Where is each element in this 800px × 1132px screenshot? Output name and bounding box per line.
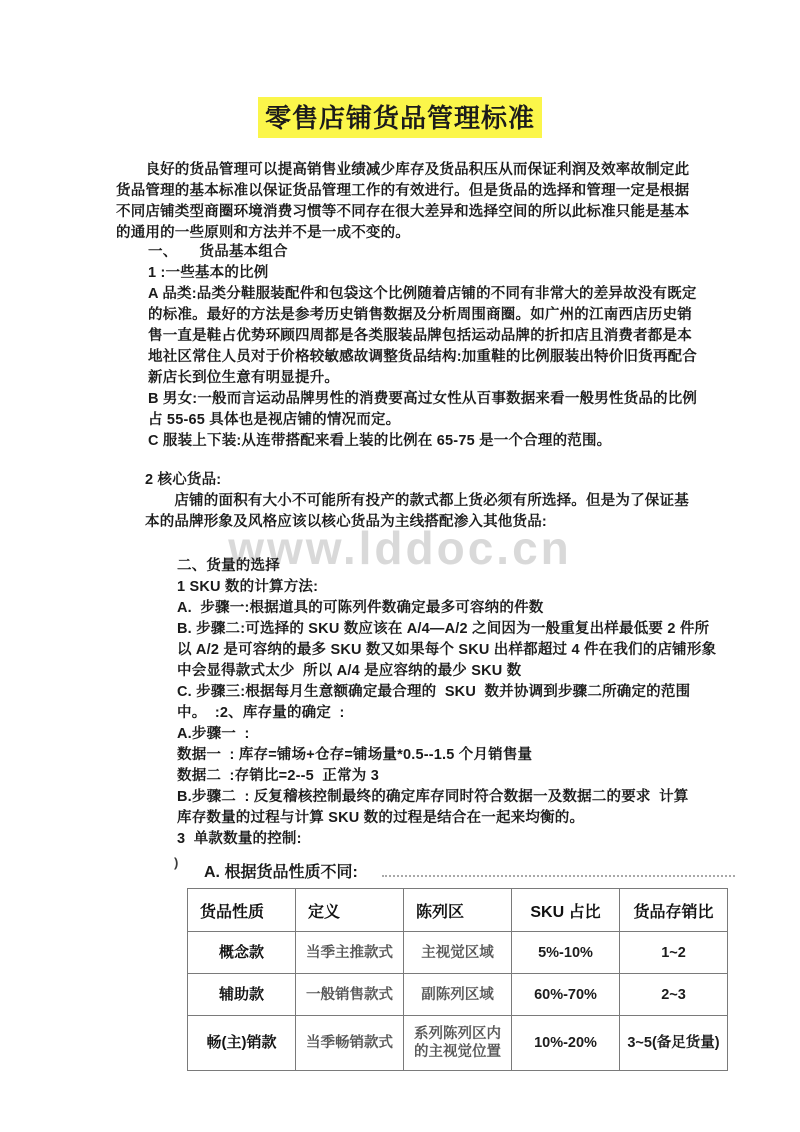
table-cell: 5%-10% <box>512 932 620 974</box>
text-line: 中会显得款式太少 所以 A/4 是应容纳的最少 SKU 数 <box>177 661 716 682</box>
table-cell: 辅助款 <box>188 974 296 1016</box>
text-line: 店铺的面积有大小不可能所有投产的款式都上货必须有所选择。但是为了保证基 <box>145 491 689 512</box>
table-cell: 3~5(备足货量) <box>620 1016 728 1071</box>
text-line: 1 SKU 数的计算方法: <box>177 577 716 598</box>
text-line: 以 A/2 是可容纳的最多 SKU 数又如果每个 SKU 出样都超过 4 件在我… <box>177 640 716 661</box>
text-line: 不同店铺类型商圈环境消费习惯等不同存在很大差异和选择空间的所以此标准只能是基本 <box>116 202 689 223</box>
table-cell: 主视觉区域 <box>404 932 512 974</box>
dotted-leader-line <box>382 861 735 877</box>
text-line: 的通用的一些原则和方法并不是一成不变的。 <box>116 223 689 244</box>
text-line: 货品管理的基本标准以保证货品管理工作的有效进行。但是货品的选择和管理一定是根据 <box>116 181 689 202</box>
table-header-cell: 陈列区 <box>404 889 512 932</box>
table-row: 畅(主)销款当季畅销款式系列陈列区内的主视觉位置10%-20%3~5(备足货量) <box>188 1016 728 1071</box>
table-cell: 畅(主)销款 <box>188 1016 296 1071</box>
text-line: 售一直是鞋占优势环顾四周都是各类服装品牌包括运动品牌的折扣店且消费者都是本 <box>148 326 697 347</box>
text-line: A.步骤一 : <box>177 724 716 745</box>
section-basic-mix: 一、 货品基本组合1 :一些基本的比例A 品类:品类分鞋服装配件和包袋这个比例随… <box>148 242 697 452</box>
table-cell: 当季畅销款式 <box>296 1016 404 1071</box>
text-line: 3 单款数量的控制: <box>177 829 716 850</box>
text-line: 的标准。最好的方法是参考历史销售数据及分析周围商圈。如广州的江南西店历史销 <box>148 305 697 326</box>
text-line: 地社区常住人员对于价格较敏感故调整货品结构:加重鞋的比例服装出特价旧货再配合 <box>148 347 697 368</box>
text-line: B.步骤二 : 反复稽核控制最终的确定库存同时符合数据一及数据二的要求 计算 <box>177 787 716 808</box>
text-line: A. 步骤一:根据道具的可陈列件数确定最多可容纳的件数 <box>177 598 716 619</box>
table-cell: 副陈列区域 <box>404 974 512 1016</box>
text-line: 一、 货品基本组合 <box>148 242 697 263</box>
table-cell: 1~2 <box>620 932 728 974</box>
table-header-cell: 定义 <box>296 889 404 932</box>
scan-artifact-mark: ) <box>174 855 178 870</box>
table-cell: 一般销售款式 <box>296 974 404 1016</box>
text-line: 良好的货品管理可以提高销售业绩减少库存及货品积压从而保证利润及效率故制定此 <box>116 160 689 181</box>
table-cell: 概念款 <box>188 932 296 974</box>
table-row: 概念款当季主推款式主视觉区域5%-10%1~2 <box>188 932 728 974</box>
table-header-cell: 货品性质 <box>188 889 296 932</box>
goods-table-body: 概念款当季主推款式主视觉区域5%-10%1~2辅助款一般销售款式副陈列区域60%… <box>188 932 728 1071</box>
goods-table-heading: A. 根据货品性质不同: <box>204 859 358 882</box>
table-header-cell: SKU 占比 <box>512 889 620 932</box>
text-line: 2 核心货品: <box>145 470 689 491</box>
text-line: A 品类:品类分鞋服装配件和包袋这个比例随着店铺的不同有非常大的差异故没有既定 <box>148 284 697 305</box>
section-quantity-selection: 二、货量的选择1 SKU 数的计算方法:A. 步骤一:根据道具的可陈列件数确定最… <box>177 556 716 850</box>
text-line: 1 :一些基本的比例 <box>148 263 697 284</box>
text-line: 数据一 : 库存=铺场+仓存=铺场量*0.5--1.5 个月销售量 <box>177 745 716 766</box>
section-core-goods: 2 核心货品: 店铺的面积有大小不可能所有投产的款式都上货必须有所选择。但是为了… <box>145 470 689 533</box>
intro-paragraph: 良好的货品管理可以提高销售业绩减少库存及货品积压从而保证利润及效率故制定此货品管… <box>116 160 689 244</box>
text-line: 本的品牌形象及风格应该以核心货品为主线搭配渗入其他货品: <box>145 512 689 533</box>
text-line: 二、货量的选择 <box>177 556 716 577</box>
text-line: 新店长到位生意有明显提升。 <box>148 368 697 389</box>
text-line: C 服装上下装:从连带搭配来看上装的比例在 65-75 是一个合理的范围。 <box>148 431 697 452</box>
document-page: 零售店铺货品管理标准 www.lddoc.cn 良好的货品管理可以提高销售业绩减… <box>0 0 800 1132</box>
table-cell: 系列陈列区内的主视觉位置 <box>404 1016 512 1071</box>
goods-table-header-row: 货品性质定义陈列区SKU 占比货品存销比 <box>188 889 728 932</box>
text-line: B 男女:一般而言运动品牌男性的消费要高过女性从百事数据来看一般男性货品的比例 <box>148 389 697 410</box>
text-line: C. 步骤三:根据每月生意额确定最合理的 SKU 数并协调到步骤二所确定的范围 <box>177 682 716 703</box>
table-row: 辅助款一般销售款式副陈列区域60%-70%2~3 <box>188 974 728 1016</box>
table-cell: 2~3 <box>620 974 728 1016</box>
table-cell: 60%-70% <box>512 974 620 1016</box>
text-line: 库存数量的过程与计算 SKU 数的过程是结合在一起来均衡的。 <box>177 808 716 829</box>
text-line: 占 55-65 具体也是视店铺的情况而定。 <box>148 410 697 431</box>
goods-nature-table: 货品性质定义陈列区SKU 占比货品存销比 概念款当季主推款式主视觉区域5%-10… <box>187 888 728 1071</box>
table-header-cell: 货品存销比 <box>620 889 728 932</box>
document-title: 零售店铺货品管理标准 <box>258 97 542 138</box>
table-cell: 10%-20% <box>512 1016 620 1071</box>
text-line: B. 步骤二:可选择的 SKU 数应该在 A/4—A/2 之间因为一般重复出样最… <box>177 619 716 640</box>
table-cell: 当季主推款式 <box>296 932 404 974</box>
text-line: 中。 :2、库存量的确定 : <box>177 703 716 724</box>
text-line: 数据二 :存销比=2--5 正常为 3 <box>177 766 716 787</box>
